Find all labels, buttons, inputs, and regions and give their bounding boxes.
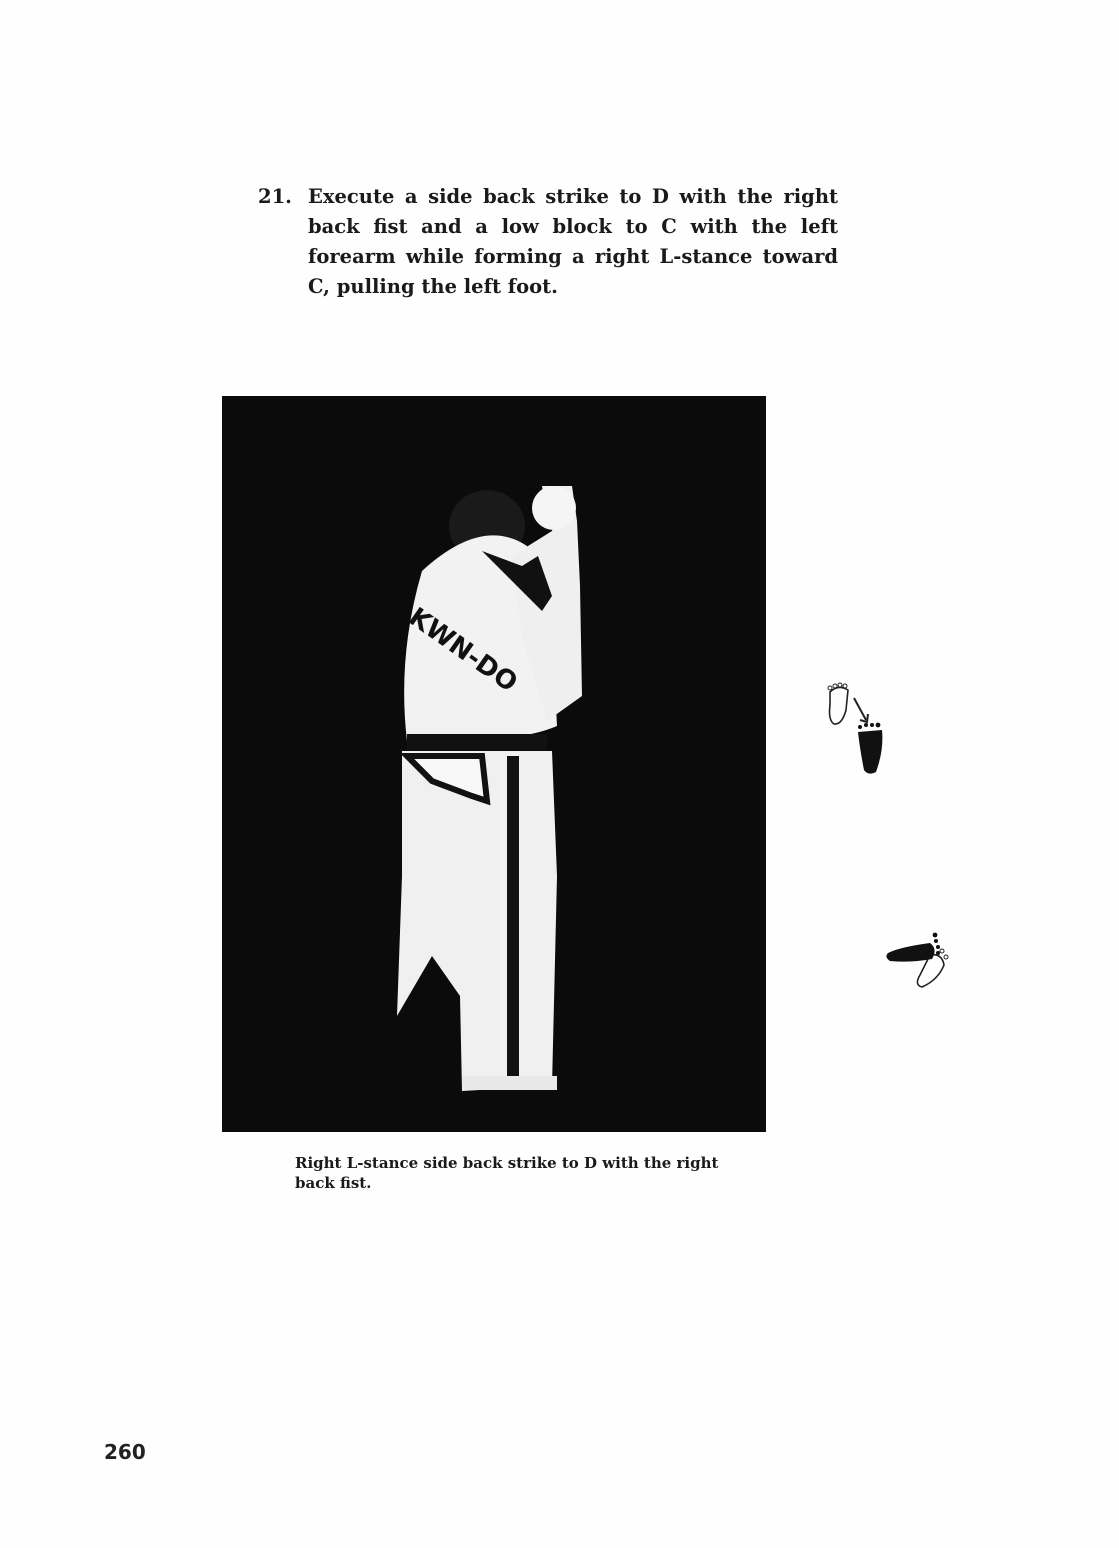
outline-foot-icon [828, 683, 848, 724]
left-foot-pull-diagram [820, 680, 900, 780]
step-number: 21. [258, 182, 292, 212]
black-foot-icon [886, 933, 940, 962]
photo-caption: Right L-stance side back strike to D wit… [295, 1153, 725, 1193]
step-text: Execute a side back strike to D with the… [308, 182, 838, 302]
l-stance-diagram [880, 925, 960, 995]
page-number: 260 [104, 1440, 146, 1464]
arrow-icon [854, 698, 868, 722]
martial-artist-figure: KWN-DO [222, 396, 766, 1132]
black-foot-icon [858, 723, 882, 774]
technique-photo: KWN-DO [222, 396, 766, 1132]
step-instruction: 21. Execute a side back strike to D with… [258, 182, 838, 302]
